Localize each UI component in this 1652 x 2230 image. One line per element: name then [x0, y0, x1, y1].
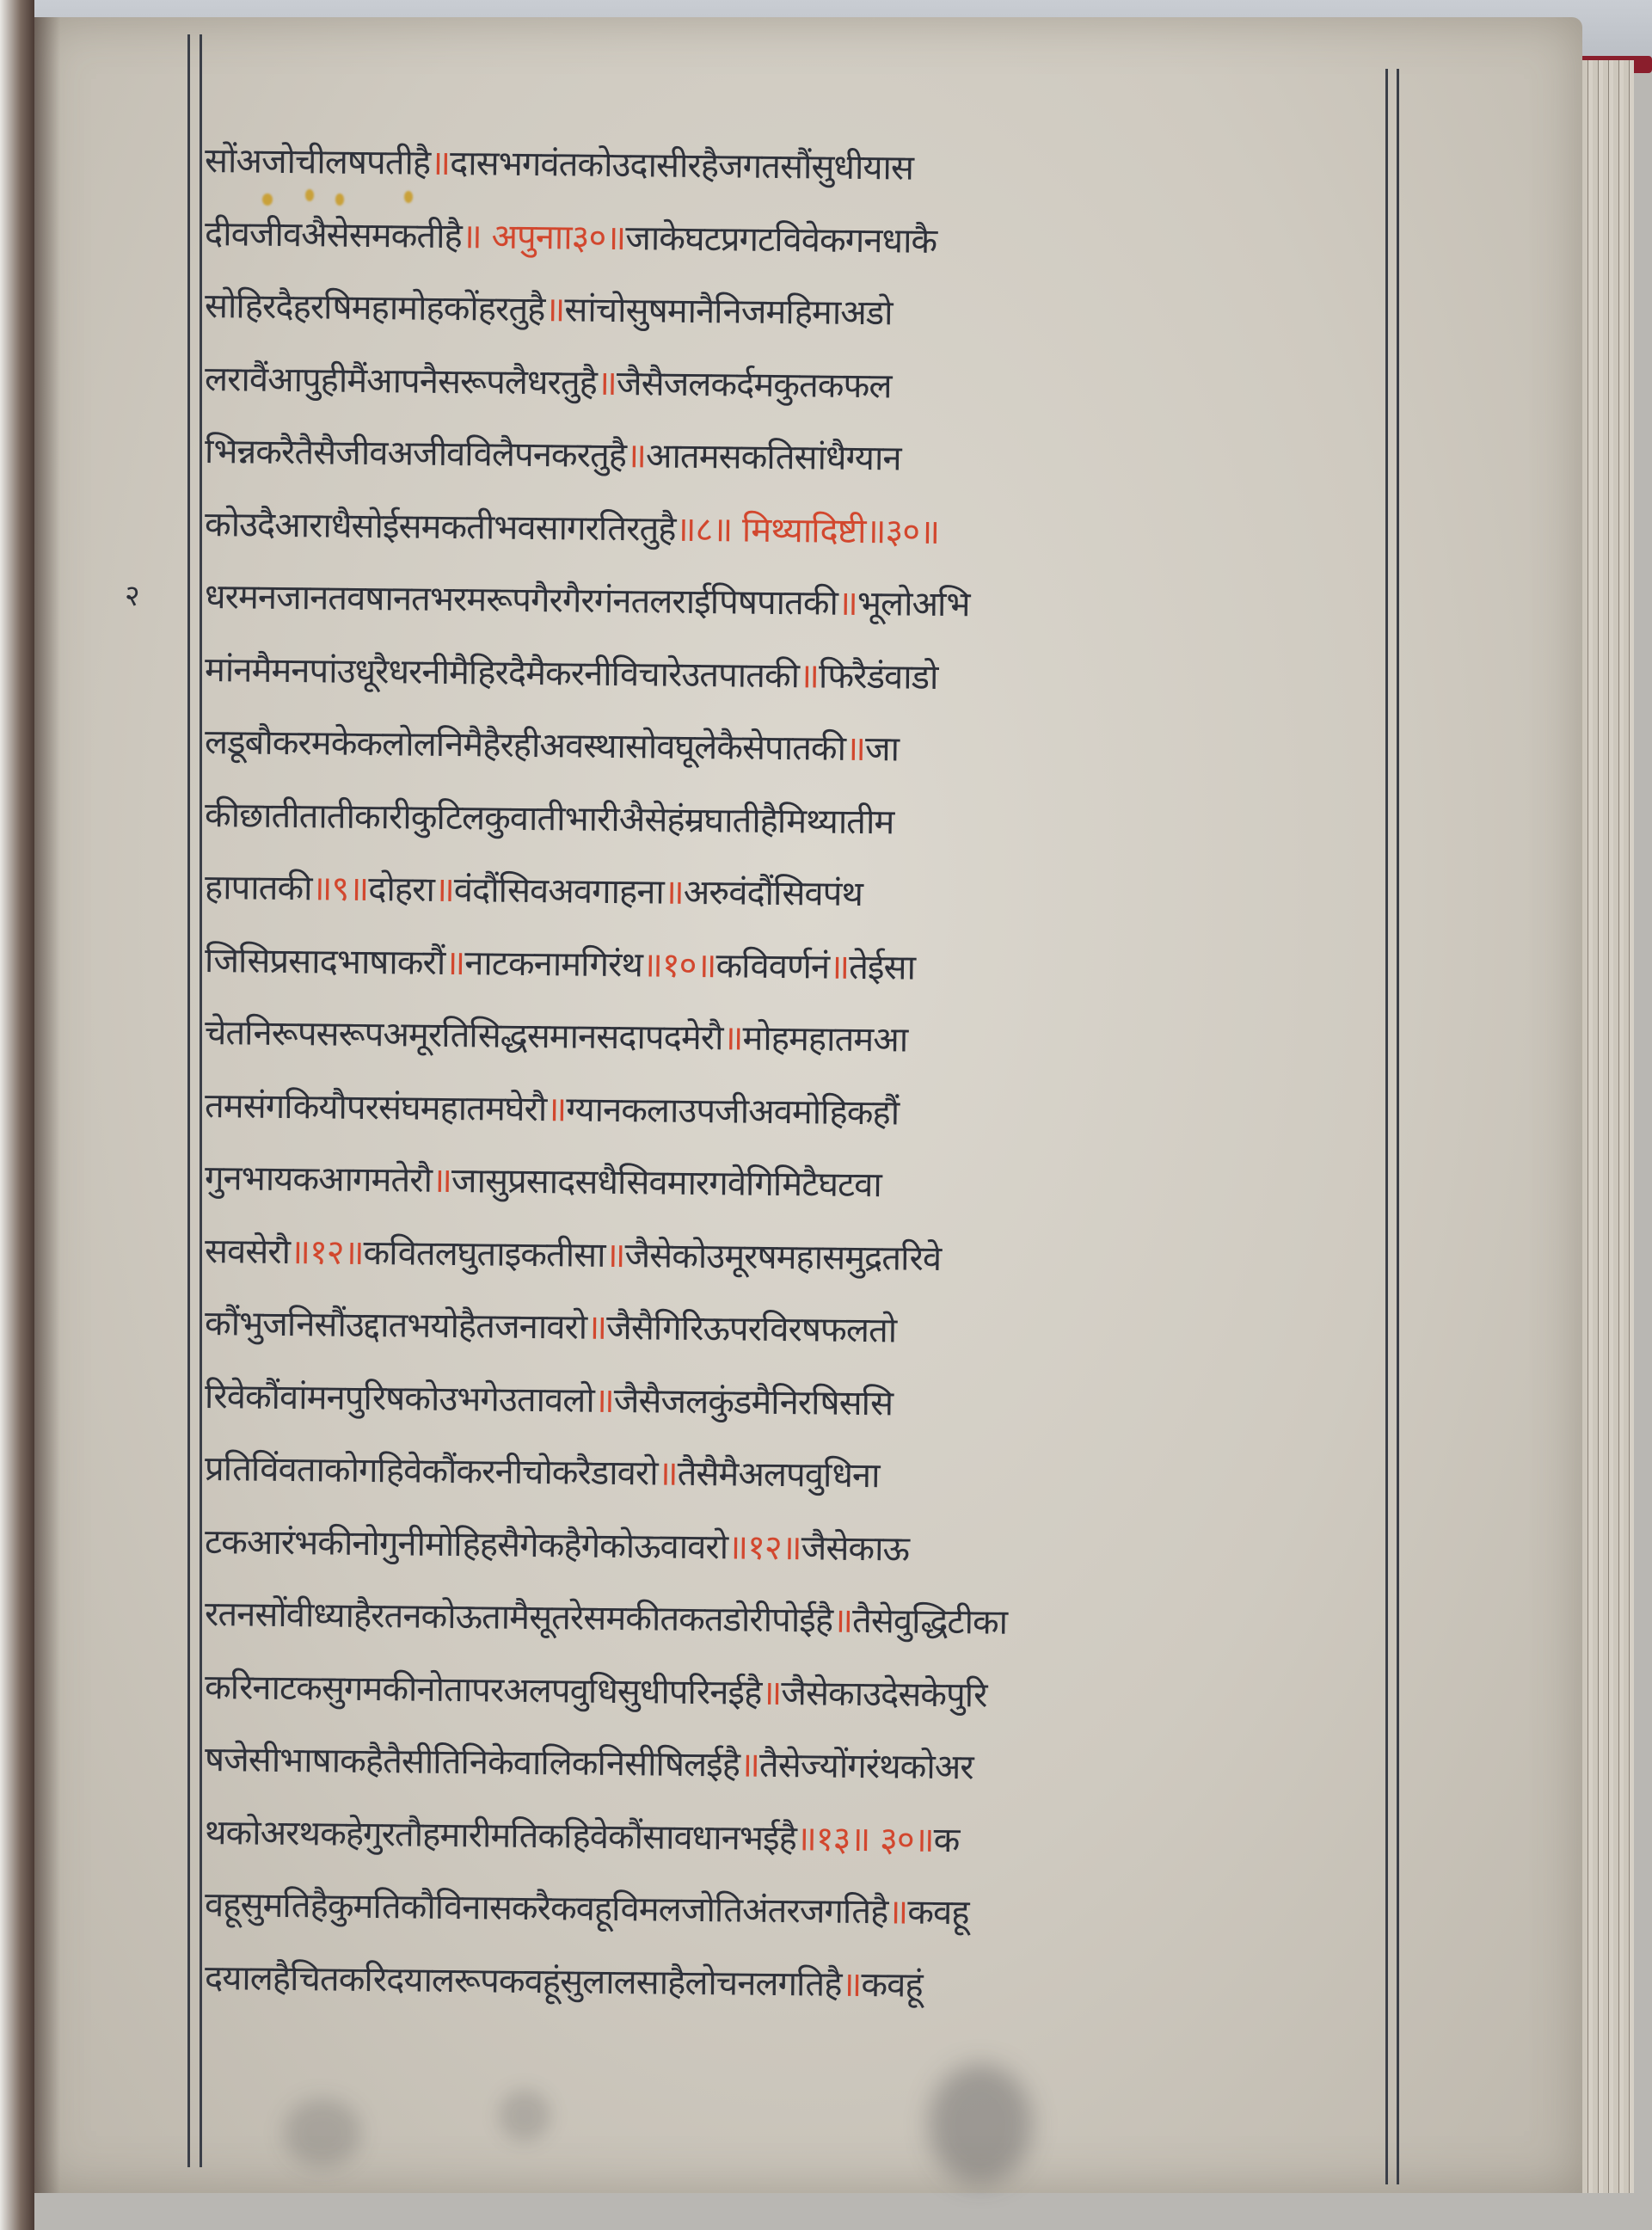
rubric-segment: ॥: [887, 1889, 908, 1935]
manuscript-line: दीवजीवअैसेसमकतीहै॥ अपुनाा३०॥जाकेघटप्रगटव…: [205, 211, 1383, 269]
rubric-segment: ॥ अपुनाा३०॥: [462, 213, 626, 261]
manuscript-line: सवसेरौ॥१२॥कवितलघुताइकतीसा॥जैसेकोउमूरषमहा…: [205, 1228, 1383, 1287]
text-segment: चेतनिरूपसरूपअमूरतिसिद्धसमानसदापदमेरौ: [205, 1010, 723, 1061]
text-segment: तैसेवुद्धिटीका: [852, 1598, 1008, 1646]
rubric-segment: ॥८॥ मिथ्यादिष्टी॥३०॥: [675, 506, 939, 555]
text-segment: क: [933, 1816, 959, 1863]
background-left-edge: [0, 0, 34, 2230]
rubric-segment: ॥: [546, 1086, 567, 1133]
rubric-segment: ॥: [434, 867, 455, 913]
text-segment: लडूबौकरमकेकलोलनिमैहैरहीअवस्थासोवघूलेकैसे…: [205, 719, 846, 772]
rubric-segment: ॥९॥: [311, 865, 368, 912]
text-segment: अरुवंदौंसिवपंथ: [683, 869, 863, 918]
text-segment: लरावैंआपुहीमैंआपनैसरूपलैधरतुहै: [205, 356, 598, 407]
manuscript-line: लरावैंआपुहीमैंआपनैसरूपलैधरतुहै॥जैसैजलकर्…: [205, 356, 1383, 415]
manuscript-line: वहूसुमतिहैकुमतिकौविनासकरैकवहूविमलजोतिअंत…: [205, 1882, 1383, 1940]
text-segment: दयालहैचितकरिदयालरूपकवहूंसुलालसाहैलोचनलगत…: [205, 1955, 842, 2008]
text-segment: टकआरंभकीनोगुनीमोहिहसैगेकहैगेकोऊवावरो: [205, 1519, 728, 1570]
text-segment: जैसेकाउदेसकेपुरि: [781, 1670, 987, 1719]
text-segment: थकोअरथकहेगुरतौहमारीमतिकहिवेकौंसावधानभईहै: [205, 1809, 796, 1862]
rubric-segment: ॥१०॥: [642, 942, 716, 989]
rubric-segment: ॥१२॥: [290, 1229, 364, 1276]
text-segment: कीछातीतातीकारीकुटिलकुवातीभारीअैसेहंम्रघा…: [205, 792, 894, 845]
ink-stain: [929, 2064, 1032, 2184]
text-segment: जैसैजलकुंडमैनिरषिससि: [613, 1377, 893, 1426]
text-segment: जासुप्रसादसधैसिवमारगवेगिमिटैघटवा: [451, 1158, 881, 1208]
right-margin-rule-outer: [1397, 69, 1399, 2184]
manuscript-line: रिवेकौंवांमनपुरिषकोउभगेउतावलो॥जैसैजलकुंड…: [205, 1373, 1383, 1432]
text-segment: कोउदैआराधैसोईसमकतीभवसागरतिरतुहै: [205, 501, 676, 553]
manuscript-line: प्रतिविंवताकोगहिवेकौंकरनीचोकरैडावरो॥तैसै…: [205, 1446, 1383, 1504]
text-segment: आतमसकतिसांधैग्यान: [646, 433, 901, 482]
text-segment: जैसेकाऊ: [801, 1525, 909, 1572]
rubric-segment: ॥: [432, 1158, 452, 1204]
text-segment: जा: [865, 726, 900, 772]
rubric-segment: ॥: [799, 653, 820, 699]
text-segment: षजेसीभाषाकहैतैसीतिनिकेवालिकनिसीषिलईहै: [205, 1736, 740, 1789]
text-segment: तमसंगकियौपरसंघमहातमघेरौ: [205, 1083, 547, 1133]
text-segment: कवितलघुताइकतीसा: [363, 1229, 605, 1278]
manuscript-line: थकोअरथकहेगुरतौहमारीमतिकहिवेकौंसावधानभईहै…: [205, 1809, 1383, 1868]
manuscript-line: रतनसोंवीध्याहैरतनकोऊतामैसूतरेसमकीतकतडोरी…: [205, 1591, 1383, 1649]
manuscript-line: तमसंगकियौपरसंघमहातमघेरौ॥ग्यानकलाउपजीअवमो…: [205, 1083, 1383, 1141]
text-segment: कवहू: [907, 1889, 969, 1937]
rubric-segment: ॥: [838, 581, 858, 627]
text-segment: रतनसोंवीध्याहैरतनकोऊतामैसूतरेसमकीतकतडोरी…: [205, 1591, 833, 1644]
rubric-segment: ॥: [445, 939, 465, 986]
manuscript-line: गुनभायकआगमतेरौ॥जासुप्रसादसधैसिवमारगवेगिम…: [205, 1155, 1383, 1213]
text-segment: कवहूं: [861, 1961, 923, 2008]
text-segment: वहूसुमतिहैकुमतिकौविनासकरैकवहूविमलजोतिअंत…: [205, 1882, 888, 1935]
ink-stain: [284, 2098, 361, 2167]
text-segment: दासभगवंतकोउदासीरहैजगतसौंसुधीयास: [450, 140, 913, 192]
text-segment: मांनमैमनपांउधूरैधरनीमैहिरदैमैकरनीविचारेउ…: [205, 647, 800, 699]
rubric-segment: ॥१३॥ ३०॥: [796, 1815, 934, 1864]
manuscript-line: करिनाटकसुगमकीनोतापरअलपवुधिसुधीपरिनईहै॥जै…: [205, 1664, 1383, 1723]
text-segment: जैसैजलकर्दमकुतकफल: [617, 360, 892, 409]
text-segment: तैसैमैअलपवुधिना: [677, 1451, 879, 1499]
text-segment: धरमनजानतवषानतभरमरूपगैरगैरगंनतलराईपिषपातक…: [205, 574, 838, 627]
text-segment: सोहिरदैहरषिमहामोहकोंहरतुहै: [205, 283, 545, 333]
text-segment: प्रतिविंवताकोगहिवेकौंकरनीचोकरैडावरो: [205, 1446, 658, 1497]
text-segment: फिरैडंवाडो: [819, 653, 938, 700]
text-segment: तेईसा: [849, 943, 915, 991]
rubric-segment: ॥: [722, 1015, 743, 1061]
text-segment: सवसेरौ: [205, 1228, 291, 1275]
text-segment: कविवर्णनं: [715, 943, 829, 990]
manuscript-line: कोउदैआराधैसोईसमकतीभवसागरतिरतुहै॥८॥ मिथ्य…: [205, 501, 1383, 560]
manuscript-line: मांनमैमनपांउधूरैधरनीमैहिरदैमैकरनीविचारेउ…: [205, 647, 1383, 705]
text-segment: वंदौंसिवअवगाहना: [454, 867, 665, 916]
rubric-segment: ॥: [597, 359, 617, 406]
rubric-segment: ॥: [626, 433, 647, 479]
text-segment: जिसिप्रसादभाषाकरौं: [205, 937, 445, 986]
rubric-segment: ॥: [845, 726, 866, 772]
manuscript-line: कीछातीतातीकारीकुटिलकुवातीभारीअैसेहंम्रघा…: [205, 792, 1383, 851]
manuscript-line: सोहिरदैहरषिमहामोहकोंहरतुहै॥सांचोसुषमानैन…: [205, 283, 1383, 341]
ink-stain: [499, 2090, 550, 2141]
page-edges-stack: [1582, 60, 1634, 2193]
text-segment: भिन्नकरैतैसैजीवअजीवविलैपनकरतुहै: [205, 428, 627, 479]
text-segment: करिनाटकसुगमकीनोतापरअलपवुधिसुधीपरिनईहै: [205, 1664, 762, 1717]
text-segment: रिवेकौंवांमनपुरिषकोउभगेउतावलो: [205, 1373, 594, 1424]
left-margin-rule-outer: [187, 34, 190, 2167]
folio-number: २: [125, 574, 140, 614]
manuscript-line: कौंभुजनिसौंउद्दातभयोहैतजनावरो॥जैसैगिरिऊप…: [205, 1300, 1383, 1359]
manuscript-line: टकआरंभकीनोगुनीमोहिहसैगेकहैगेकोऊवावरो॥१२॥…: [205, 1519, 1383, 1577]
manuscript-line: हापातकी॥९॥दोहरा॥वंदौंसिवअवगाहना॥अरुवंदौं…: [205, 864, 1383, 923]
text-segment: दोहरा: [368, 866, 434, 913]
rubric-segment: ॥: [829, 943, 850, 990]
right-margin-rule-inner: [1385, 69, 1388, 2184]
rubric-segment: ॥: [544, 286, 565, 333]
rubric-segment: ॥: [605, 1232, 625, 1278]
rubric-segment: ॥: [832, 1598, 853, 1644]
manuscript-text-block: सोंअजोचीलषपतीहै॥दासभगवंतकोउदासीरहैजगतसौं…: [205, 138, 1383, 2027]
rubric-segment: ॥: [761, 1669, 782, 1716]
text-segment: सांचोसुषमानैनिजमहिमाअडो: [564, 286, 893, 336]
manuscript-line: लडूबौकरमकेकलोलनिमैहैरहीअवस्थासोवघूलेकैसे…: [205, 719, 1383, 777]
rubric-segment: ॥: [430, 140, 451, 187]
rubric-segment: ॥: [841, 1961, 862, 2007]
text-segment: नाटकनामगिरंथ: [464, 940, 642, 988]
manuscript-line: दयालहैचितकरिदयालरूपकवहूंसुलालसाहैलोचनलगत…: [205, 1955, 1383, 2013]
text-segment: सोंअजोचीलषपतीहै: [205, 138, 431, 187]
text-segment: जाकेघटप्रगटविवेकगनधाकै: [625, 215, 937, 265]
rubric-segment: ॥: [663, 869, 684, 916]
text-segment: मोहमहातमआ: [742, 1016, 907, 1064]
manuscript-line: सोंअजोचीलषपतीहै॥दासभगवंतकोउदासीरहैजगतसौं…: [205, 138, 1383, 196]
text-segment: तैसेज्योंगरंथकोअर: [759, 1742, 973, 1791]
text-segment: हापातकी: [205, 864, 312, 912]
manuscript-line: जिसिप्रसादभाषाकरौं॥नाटकनामगिरंथ॥१०॥कविवर…: [205, 937, 1383, 996]
text-segment: ग्यानकलाउपजीअवमोहिकहौं: [566, 1086, 899, 1136]
manuscript-line: भिन्नकरैतैसैजीवअजीवविलैपनकरतुहै॥आतमसकतिस…: [205, 428, 1383, 487]
rubric-segment: ॥: [740, 1742, 760, 1789]
text-segment: जैसैगिरिऊपरविरषफलतो: [606, 1305, 897, 1355]
text-segment: जैसेकोउमूरषमहासमुद्रतरिवे: [624, 1232, 941, 1282]
rubric-segment: ॥१२॥: [728, 1524, 801, 1571]
rubric-segment: ॥: [586, 1305, 607, 1351]
spine-shadow: [34, 17, 60, 2193]
left-margin-rule-inner: [200, 34, 202, 2167]
text-segment: भूलोअभि: [857, 581, 970, 628]
manuscript-line: षजेसीभाषाकहैतैसीतिनिकेवालिकनिसीषिलईहै॥तै…: [205, 1736, 1383, 1795]
manuscript-line: चेतनिरूपसरूपअमूरतिसिद्धसमानसदापदमेरौ॥मोह…: [205, 1010, 1383, 1068]
text-segment: गुनभायकआगमतेरौ: [205, 1155, 433, 1204]
rubric-segment: ॥: [593, 1377, 614, 1423]
text-segment: कौंभुजनिसौंउद्दातभयोहैतजनावरो: [205, 1300, 587, 1351]
rubric-segment: ॥: [657, 1451, 678, 1497]
manuscript-line: धरमनजानतवषानतभरमरूपगैरगैरगंनतलराईपिषपातक…: [205, 574, 1383, 632]
text-segment: दीवजीवअैसेसमकतीहै: [205, 211, 462, 260]
